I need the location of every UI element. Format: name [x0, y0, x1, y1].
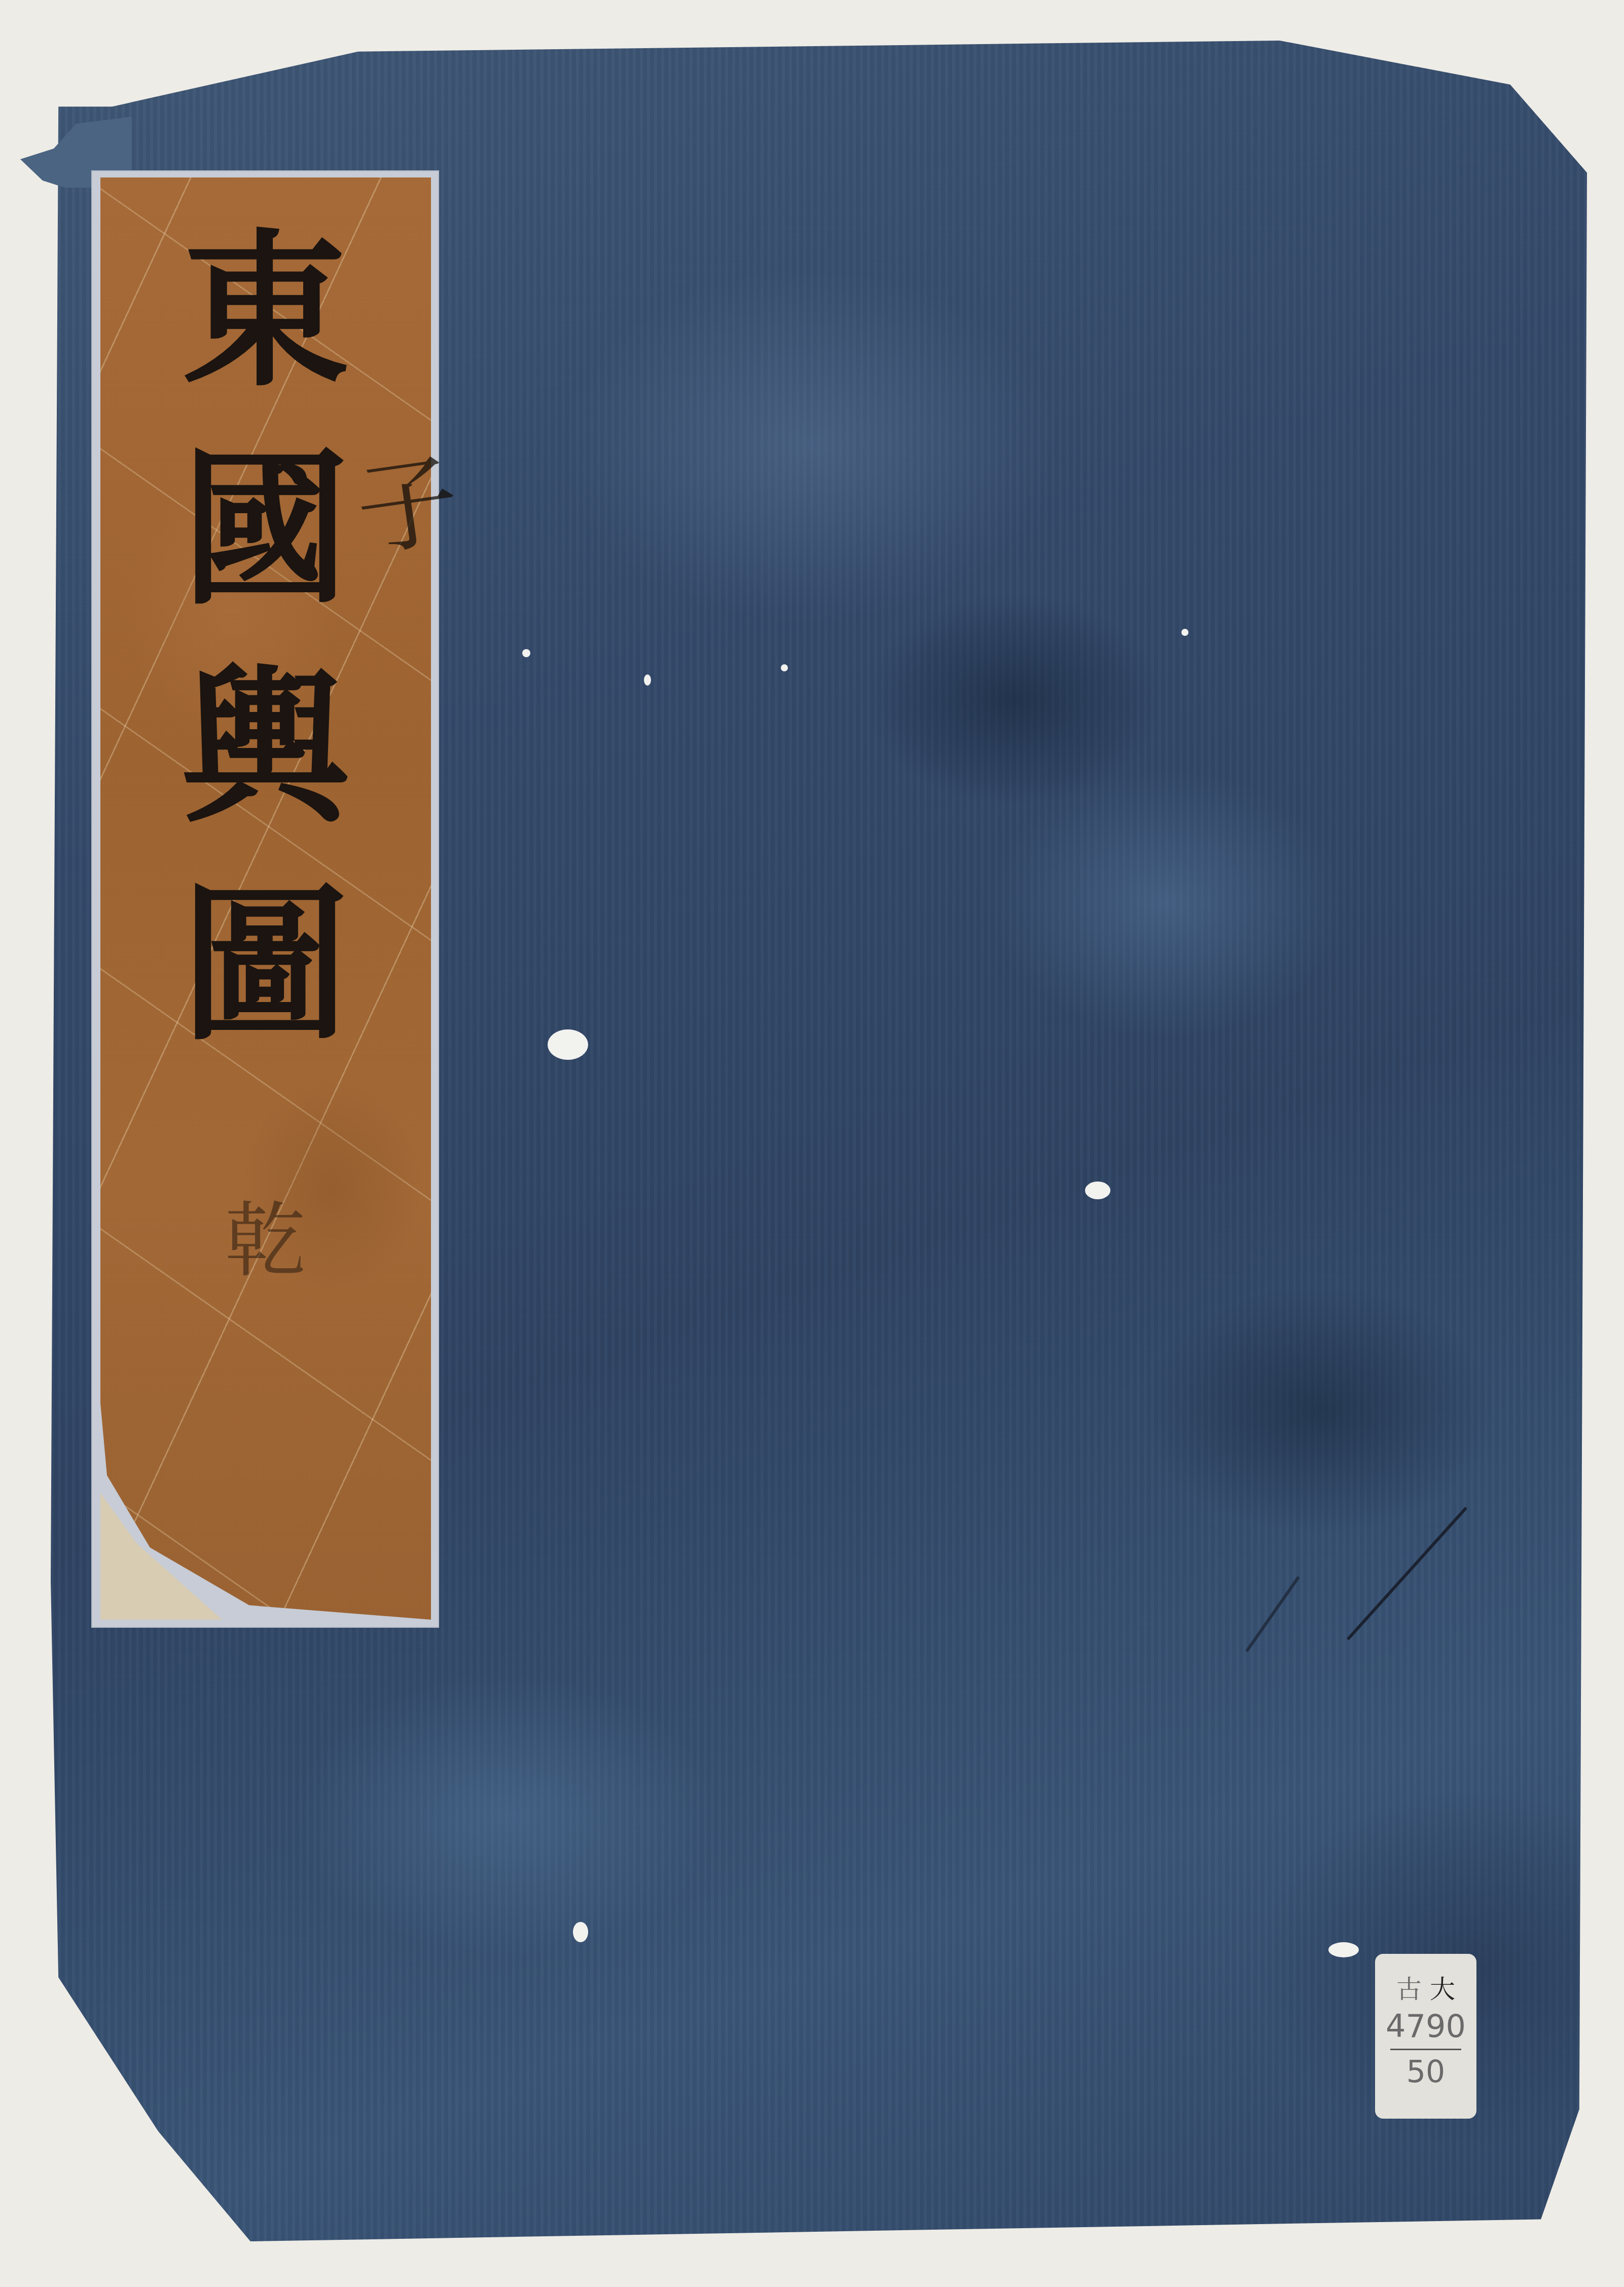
title-annotation: 子: [346, 418, 467, 577]
title-char-4: 圖: [182, 881, 349, 1049]
title-char-1: 東: [182, 227, 349, 395]
title-text: 東 國 輿 圖: [92, 227, 438, 1099]
label-prefix: 古: [1396, 1975, 1422, 2004]
title-char-3: 輿: [182, 663, 349, 831]
label-class: 大: [1430, 1975, 1455, 2004]
title-slip: 東 國 輿 圖 子 乾: [92, 171, 438, 1627]
label-sub-number: 50: [1375, 2054, 1476, 2090]
title-char-2: 國: [182, 445, 349, 613]
library-call-number-label: 古 大 4790 50: [1375, 1954, 1476, 2119]
label-divider: [1390, 2049, 1461, 2050]
label-number: 4790: [1375, 2008, 1476, 2045]
volume-mark: 乾: [92, 1175, 438, 1292]
